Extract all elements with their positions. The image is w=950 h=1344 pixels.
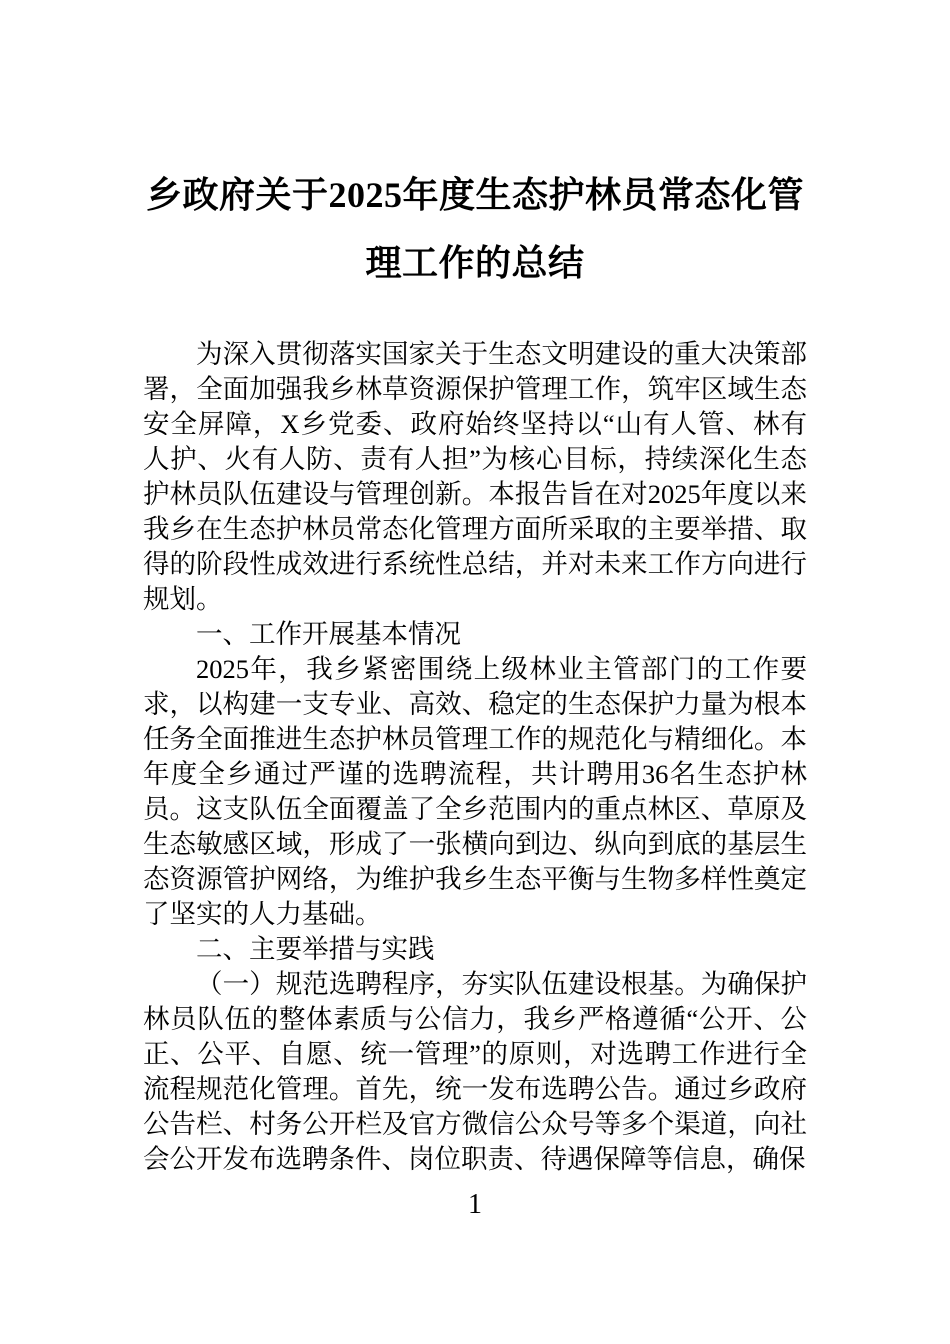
paragraph-section-1: 2025年，我乡紧密围绕上级林业主管部门的工作要求，以构建一支专业、高效、稳定的…	[143, 652, 807, 932]
paragraph-section-2-item-1: （一）规范选聘程序，夯实队伍建设根基。为确保护林员队伍的整体素质与公信力，我乡严…	[143, 967, 807, 1177]
document-title: 乡政府关于2025年度生态护林员常态化管理工作的总结	[143, 161, 807, 297]
section-heading-2: 二、主要举措与实践	[143, 932, 807, 967]
document-body: 为深入贯彻落实国家关于生态文明建设的重大决策部署，全面加强我乡林草资源保护管理工…	[143, 337, 807, 1177]
paragraph-intro: 为深入贯彻落实国家关于生态文明建设的重大决策部署，全面加强我乡林草资源保护管理工…	[143, 337, 807, 617]
document-page: 乡政府关于2025年度生态护林员常态化管理工作的总结 为深入贯彻落实国家关于生态…	[0, 0, 950, 1344]
section-heading-1: 一、工作开展基本情况	[143, 617, 807, 652]
page-number: 1	[143, 1187, 807, 1222]
